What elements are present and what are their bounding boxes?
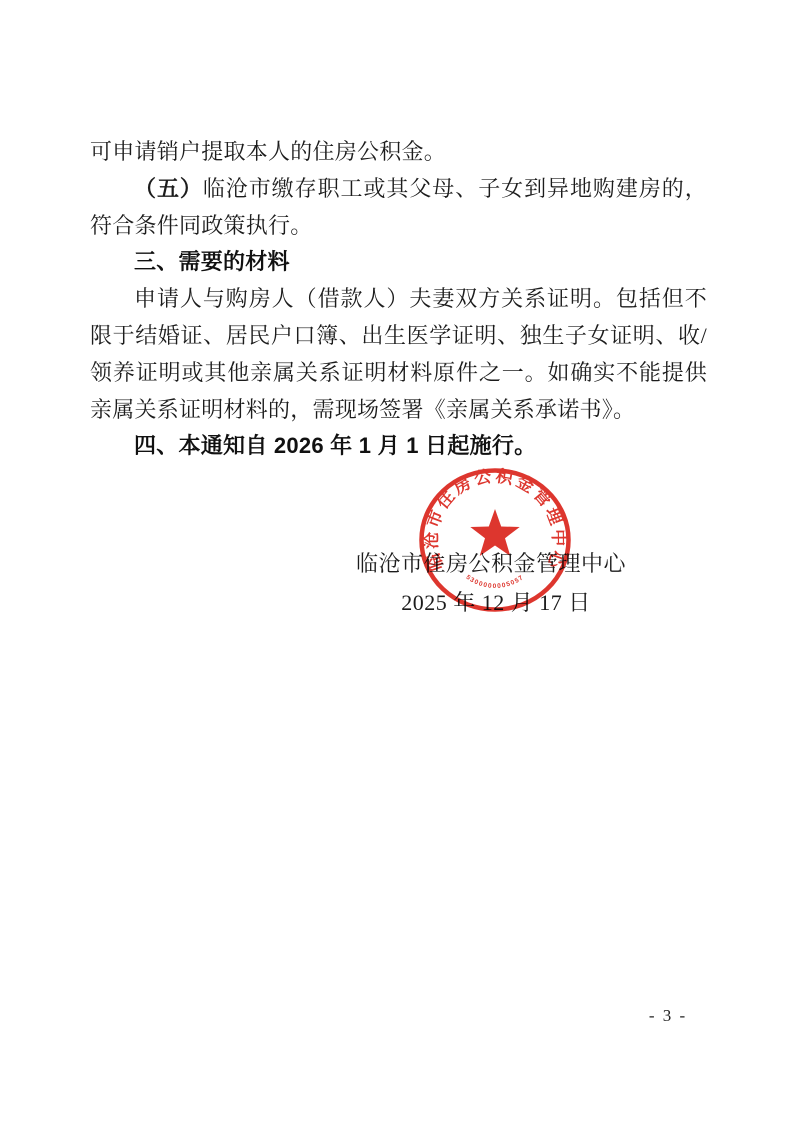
item5-marker: （五） bbox=[134, 176, 203, 201]
body-text: 可申请销户提取本人的住房公积金。 （五）临沧市缴存职工或其父母、子女到异地购建房… bbox=[90, 134, 707, 465]
section4-heading: 四、本通知自 2026 年 1 月 1 日起施行。 bbox=[90, 428, 707, 465]
seal-ring bbox=[422, 471, 569, 610]
page-number: - 3 - bbox=[649, 1006, 687, 1026]
signature-organization: 临沧市住房公积金管理中心 bbox=[356, 552, 626, 576]
seal-star-icon bbox=[470, 509, 519, 556]
signature-date: 2025 年 12 月 17 日 bbox=[401, 591, 591, 615]
paragraph-materials: 申请人与购房人（借款人）夫妻双方关系证明。包括但不限于结婚证、居民户口簿、出生医… bbox=[90, 281, 707, 428]
paragraph-continuation: 可申请销户提取本人的住房公积金。 bbox=[90, 134, 707, 171]
paragraph-item5: （五）临沧市缴存职工或其父母、子女到异地购建房的，符合条件同政策执行。 bbox=[90, 171, 707, 245]
document-page: 可申请销户提取本人的住房公积金。 （五）临沧市缴存职工或其父母、子女到异地购建房… bbox=[0, 0, 794, 1123]
seal-code: 5300000005057 bbox=[465, 574, 526, 590]
svg-text:5300000005057: 5300000005057 bbox=[465, 574, 526, 590]
section3-heading: 三、需要的材料 bbox=[90, 244, 707, 281]
